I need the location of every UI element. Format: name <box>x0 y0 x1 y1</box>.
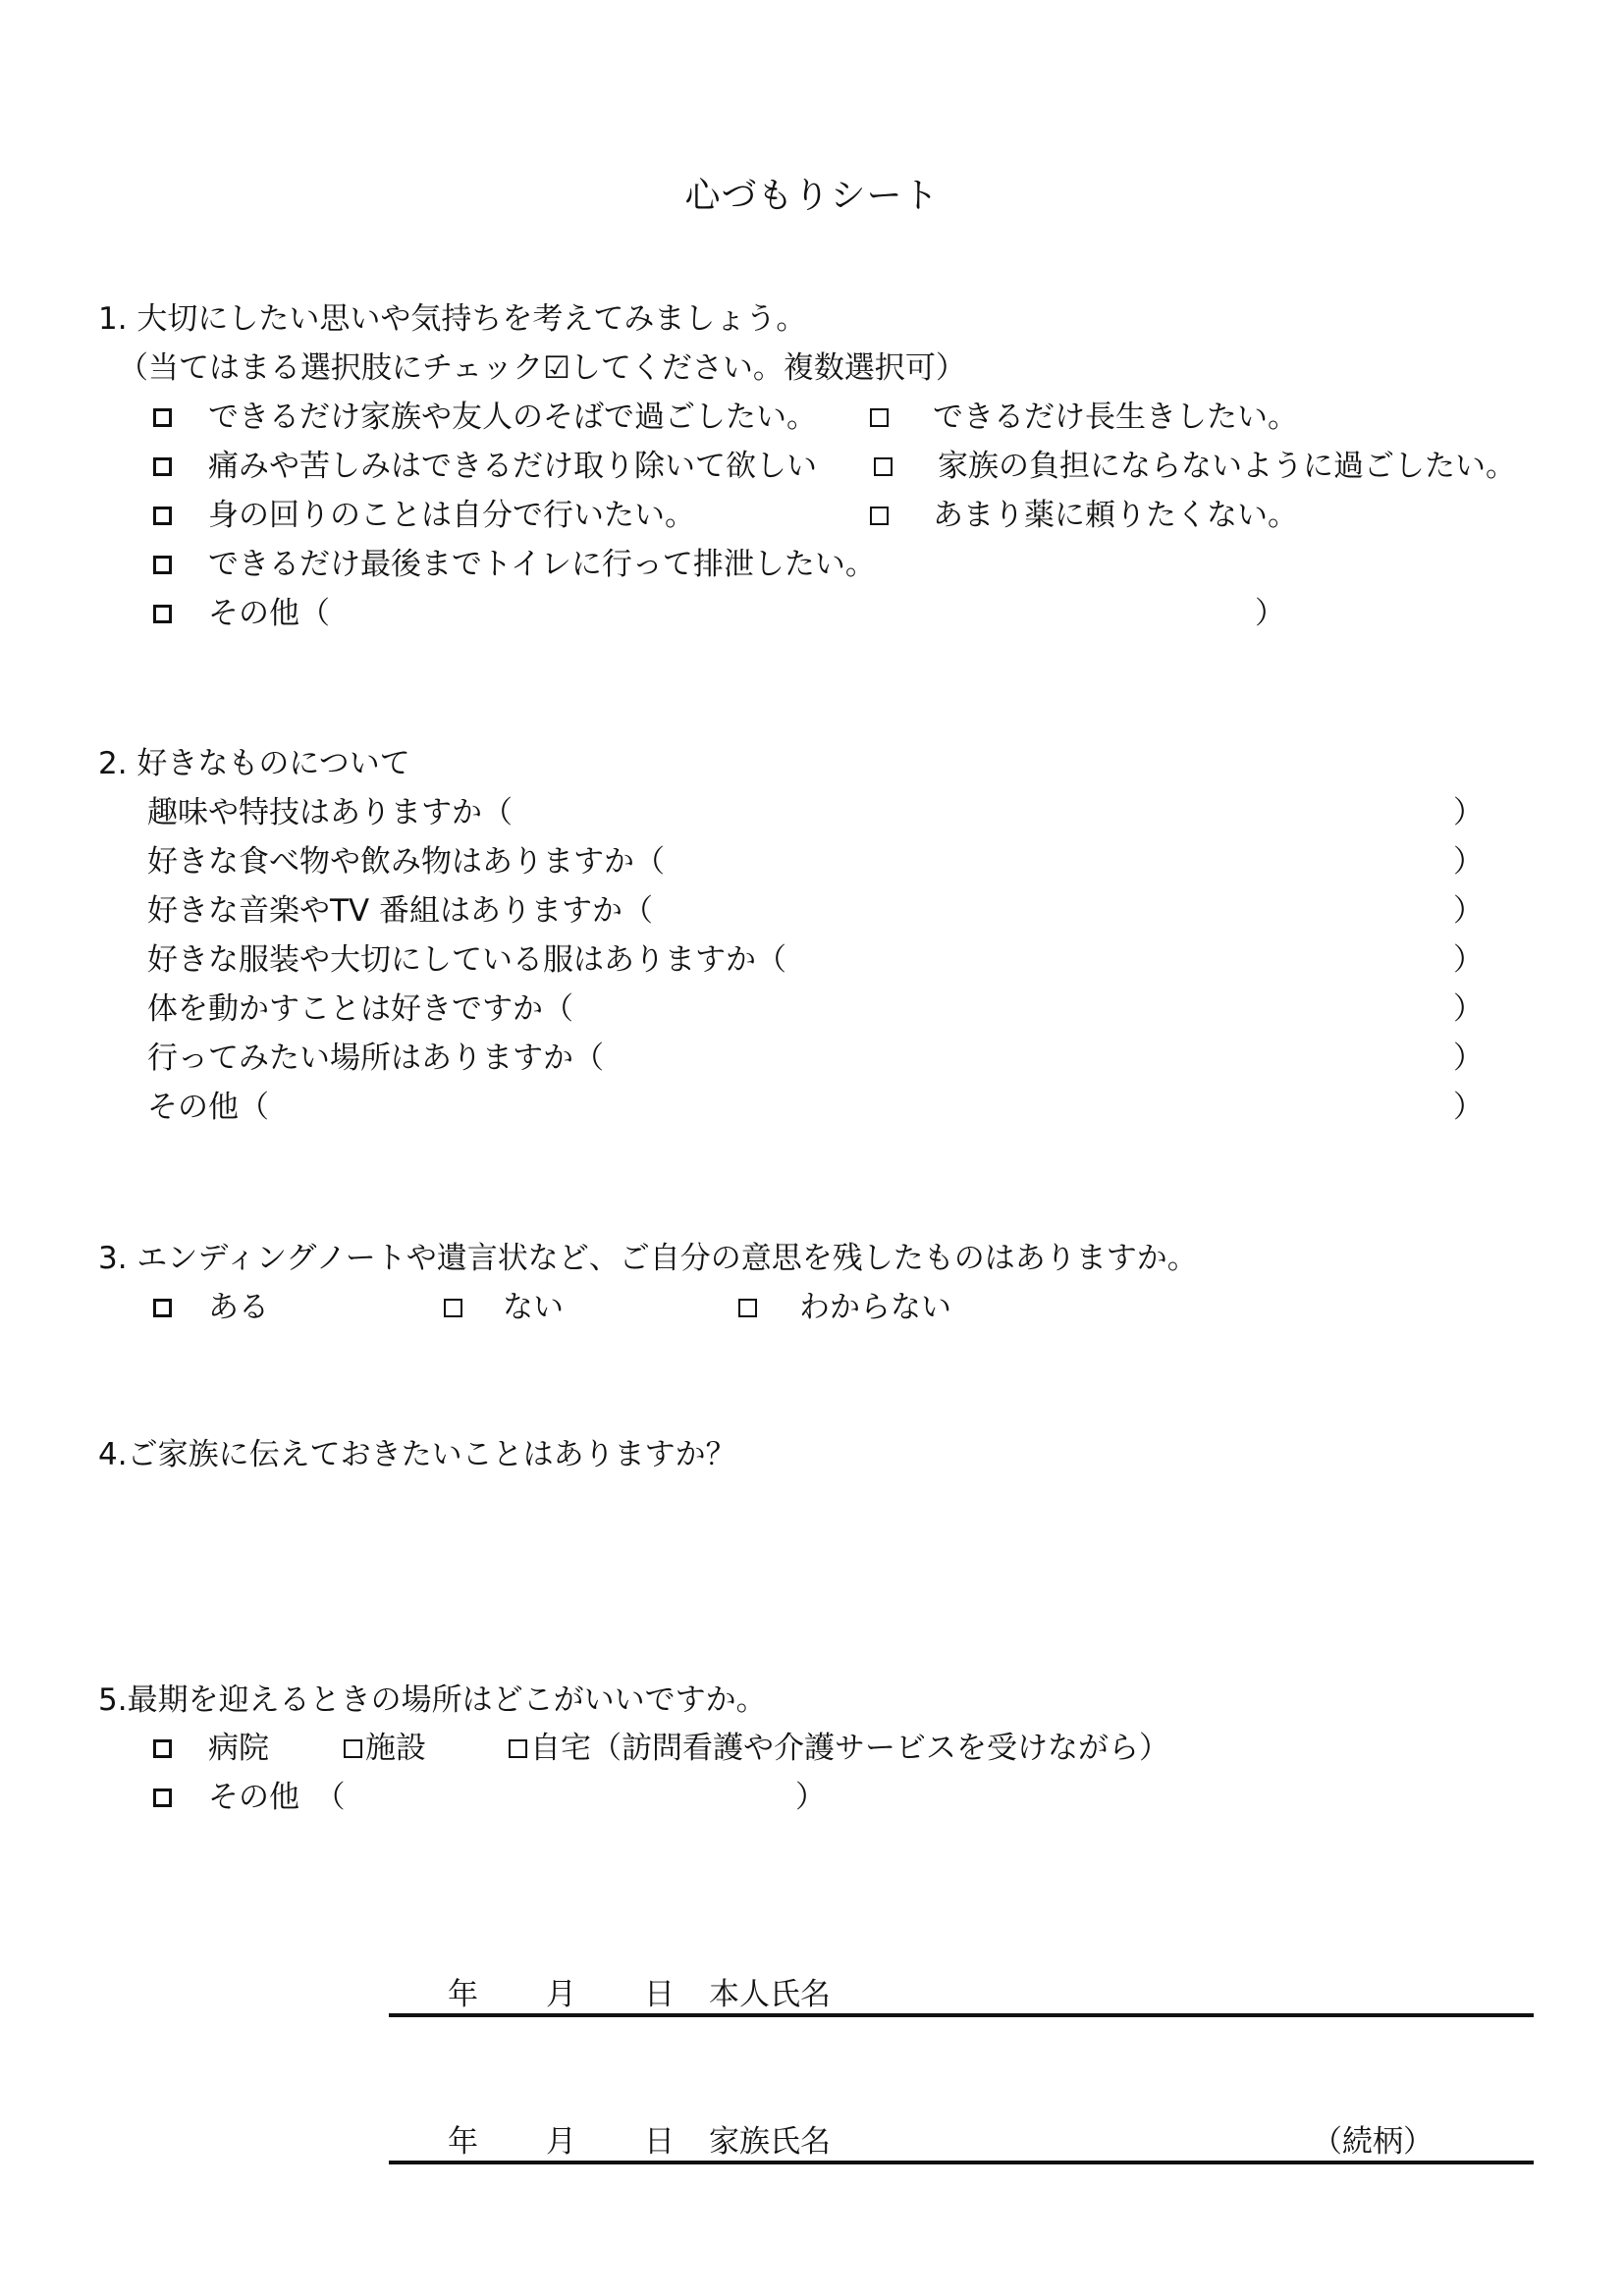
option-home: 自宅（訪問看護や介護サービスを受けながら） <box>530 1729 1169 1768</box>
section5-heading: 5.最期を迎えるときの場所はどこがいいですか。 <box>98 1681 767 1720</box>
option-other-label: その他（ <box>208 594 330 633</box>
other-input-1[interactable] <box>353 594 1218 633</box>
option-hospital: 病院 <box>208 1729 269 1768</box>
option-dont-know: わからない <box>799 1288 951 1327</box>
other-place-close-paren: ） <box>795 1778 826 1817</box>
family-message-area[interactable] <box>98 1487 1532 1634</box>
other-place-input[interactable] <box>393 1778 785 1817</box>
option-yes: ある <box>208 1288 269 1327</box>
checkbox-yes[interactable] <box>153 1299 172 1317</box>
close-paren: ） <box>1453 793 1484 832</box>
section2-heading: 2. 好きなものについて <box>98 744 410 783</box>
checkbox-self-care[interactable] <box>153 507 172 525</box>
document-title: 心づもりシート <box>0 175 1624 218</box>
checkbox-hospital[interactable] <box>153 1739 172 1758</box>
answer-hobby-input[interactable] <box>550 793 1434 832</box>
relation-label: （続柄） <box>1312 2122 1434 2162</box>
question-exercise: 体を動かすことは好きですか（ <box>147 989 573 1029</box>
close-paren: ） <box>1453 940 1484 980</box>
question-places: 行ってみたい場所はありますか（ <box>147 1039 604 1078</box>
answer-music-tv-input[interactable] <box>707 891 1434 931</box>
family-signature-line <box>389 2161 1534 2164</box>
close-paren: ） <box>1453 891 1484 931</box>
self-name-input[interactable] <box>854 1973 1532 2016</box>
option-pain-relief: 痛みや苦しみはできるだけ取り除いて欲しい <box>208 447 817 486</box>
self-year-label: 年 <box>448 1975 478 2014</box>
checkbox-other-place[interactable] <box>153 1789 172 1807</box>
option-self-care: 身の回りのことは自分で行いたい。 <box>208 496 695 535</box>
answer-other-input[interactable] <box>295 1088 1434 1127</box>
self-name-label: 本人氏名 <box>709 1975 831 2014</box>
checkbox-no-burden[interactable] <box>874 457 893 476</box>
checkbox-no[interactable] <box>444 1299 462 1317</box>
section4-heading: 4.ご家族に伝えておきたいことはありますか？ <box>98 1435 736 1474</box>
answer-food-input[interactable] <box>707 842 1434 881</box>
checkbox-less-medicine[interactable] <box>870 507 889 525</box>
answer-exercise-input[interactable] <box>609 989 1434 1029</box>
section3-heading: 3. エンディングノートや遺言状など、ご自分の意思を残したものはありますか。 <box>98 1239 1198 1278</box>
close-paren: ） <box>1453 989 1484 1029</box>
question-food: 好きな食べ物や飲み物はありますか（ <box>147 842 665 881</box>
other-close-paren: ） <box>1255 594 1285 633</box>
option-live-long: できるだけ長生きしたい。 <box>933 398 1298 437</box>
family-name-input[interactable] <box>854 2120 1306 2163</box>
question-music-tv: 好きな音楽やTV 番組はありますか（ <box>147 891 653 931</box>
family-year-label: 年 <box>448 2122 478 2162</box>
family-month-label: 月 <box>546 2122 576 2162</box>
checkbox-facility[interactable] <box>344 1739 362 1758</box>
question-hobby: 趣味や特技はありますか（ <box>147 793 513 832</box>
close-paren: ） <box>1453 1088 1484 1127</box>
answer-places-input[interactable] <box>648 1039 1434 1078</box>
question-other: その他（ <box>147 1088 269 1127</box>
option-other-place-label: その他 （ <box>208 1778 346 1817</box>
checkbox-home[interactable] <box>509 1739 527 1758</box>
section1-heading: 1. 大切にしたい思いや気持ちを考えてみましょう。 <box>98 299 806 339</box>
checkbox-family-friends[interactable] <box>153 408 172 427</box>
self-day-label: 日 <box>644 1975 675 2014</box>
checkbox-toilet[interactable] <box>153 556 172 574</box>
self-signature-line <box>389 2013 1534 2017</box>
option-less-medicine: あまり薬に頼りたくない。 <box>933 496 1298 535</box>
checkbox-dont-know[interactable] <box>738 1299 757 1317</box>
section1-instruction: （当てはまる選択肢にチェック☑してください。複数選択可） <box>118 348 966 388</box>
option-no-burden: 家族の負担にならないように過ごしたい。 <box>938 447 1516 486</box>
checkbox-pain-relief[interactable] <box>153 457 172 476</box>
checkbox-live-long[interactable] <box>870 408 889 427</box>
option-no: ない <box>503 1288 564 1327</box>
close-paren: ） <box>1453 1039 1484 1078</box>
answer-clothing-input[interactable] <box>835 940 1434 980</box>
self-month-label: 月 <box>546 1975 576 2014</box>
checkbox-other[interactable] <box>153 605 172 623</box>
option-toilet: できるだけ最後までトイレに行って排泄したい。 <box>208 545 876 584</box>
family-name-label: 家族氏名 <box>709 2122 831 2162</box>
option-family-friends: できるだけ家族や友人のそばで過ごしたい。 <box>208 398 817 437</box>
question-clothing: 好きな服装や大切にしている服はありますか（ <box>147 940 786 980</box>
family-day-label: 日 <box>644 2122 675 2162</box>
close-paren: ） <box>1453 842 1484 881</box>
option-facility: 施設 <box>365 1729 426 1768</box>
